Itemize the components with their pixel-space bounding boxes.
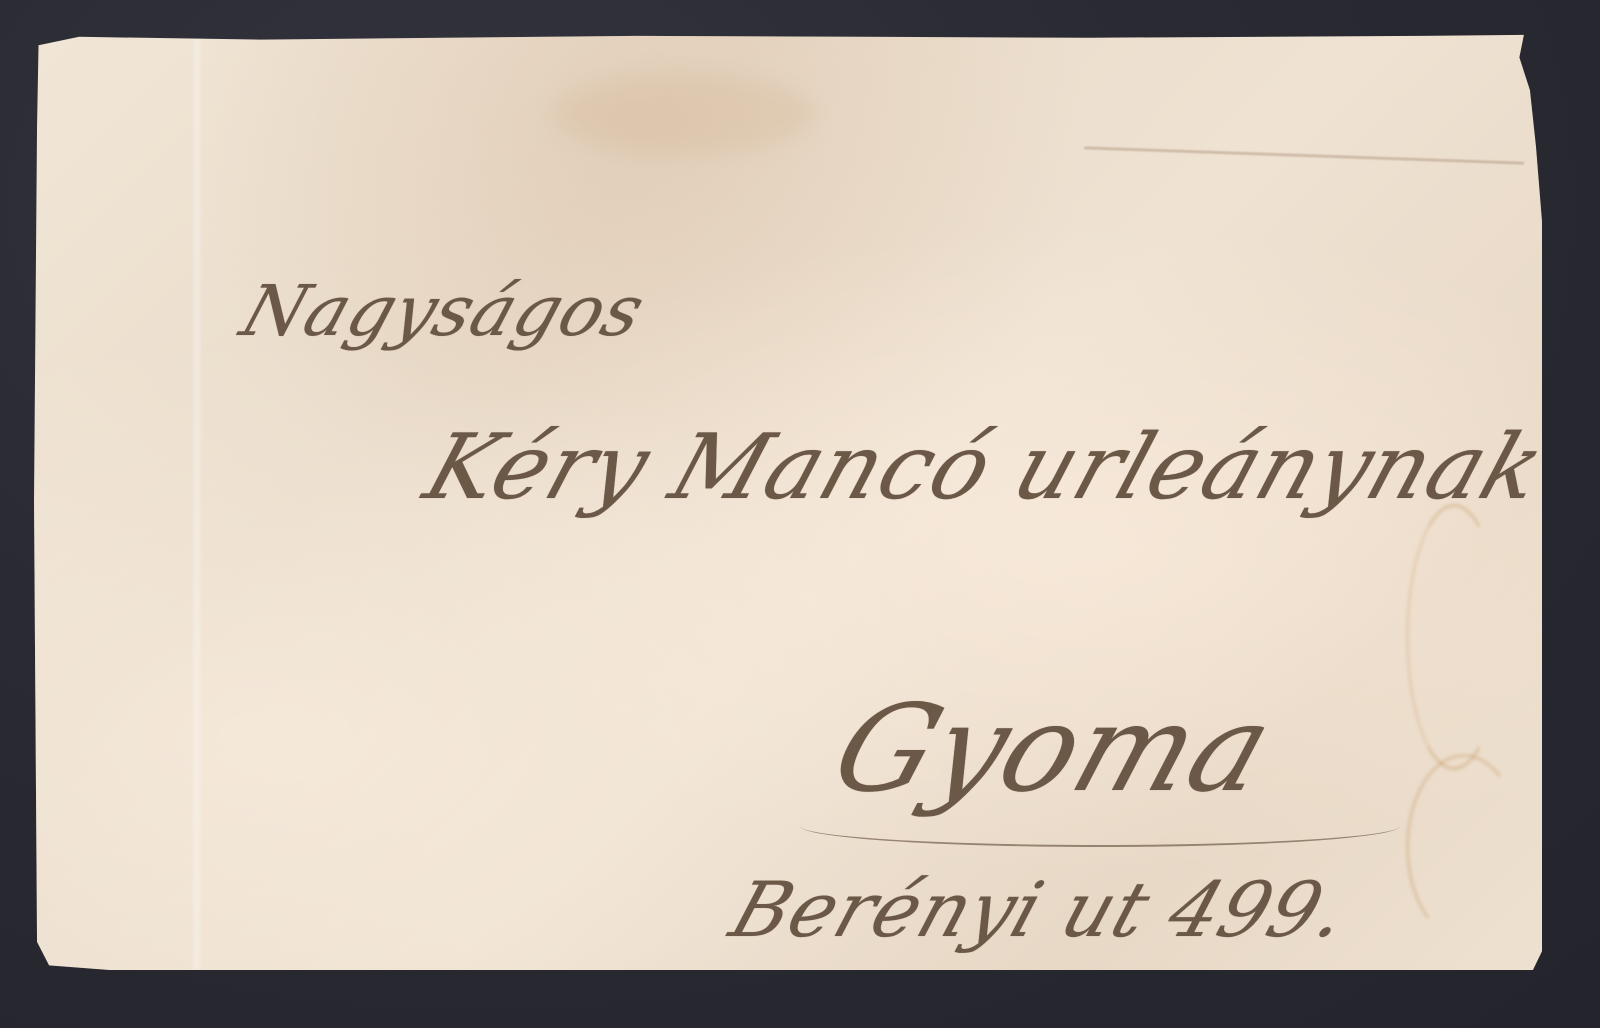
paper-tear <box>1084 146 1524 164</box>
address-recipient: Kéry Mancó urleánynak <box>413 415 1557 520</box>
paper-stain <box>554 74 814 154</box>
address-street: Berényi ut 499. <box>721 865 1360 954</box>
paper-crease <box>194 34 200 970</box>
city-underline-flourish <box>800 805 1400 847</box>
address-city: Gyoma <box>817 680 1288 819</box>
water-stain <box>1406 504 1502 770</box>
address-salutation: Nagyságos <box>232 270 656 352</box>
water-stain <box>1406 754 1522 940</box>
